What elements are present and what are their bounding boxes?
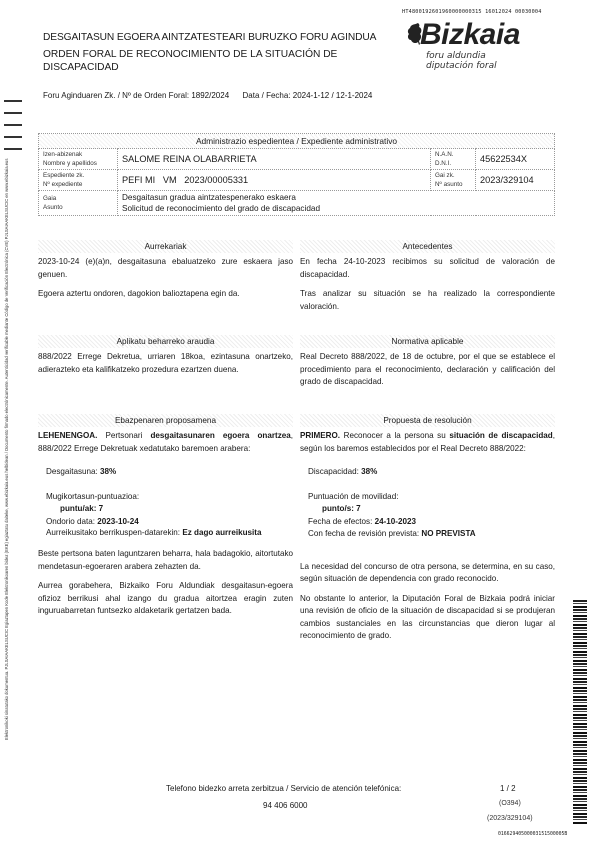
review-date-eu: Aurreikusitako berrikuspen-datarekin: Ez… [38,528,293,538]
barcode [573,600,587,825]
section-heading: Aplikatu beharreko araudia [38,335,293,348]
title-spanish: ORDEN FORAL DE RECONOCIMIENTO DE LA SITU… [43,48,383,74]
asunto-reference: (2023/329104) [487,815,533,822]
effect-date-eu: Ondorio data: 2023-10-24 [38,516,293,529]
antecedentes-es: Antecedentes En fecha 24-10-2023 recibim… [300,240,555,320]
review-date-es: Con fecha de revisión prevista: NO PREVI… [300,528,555,541]
bizkaia-logo: Bizkaia foru aldundia diputación foral [406,18,526,78]
section-heading: Aurrekariak [38,240,293,253]
name-label: Izen-abizenakNombre y apellidos [39,149,118,170]
order-number-label: Foru Aginduaren Zk. / Nº de Orden Foral: [43,91,191,100]
disability-percent-eu: Desgaitasuna: 38% [38,466,293,479]
date-label: Data / Fecha: [243,91,293,100]
form-code: (O394) [499,800,521,807]
normativa-eu: Aplikatu beharreko araudia 888/2022 Erre… [38,335,293,383]
margin-marks [4,100,22,160]
section-heading: Antecedentes [300,240,555,253]
logo-wordmark: Bizkaia [420,18,520,52]
logo-subtitle-eu: foru aldundia [426,51,497,61]
table-row: GaiaAsunto Desgaitasun gradua aintzatesp… [39,191,555,216]
logo-subtitle-es: diputación foral [426,61,497,71]
order-number-value: 1892/2024 [191,91,229,100]
document-tracking-code: HT4800192601960000000315 16012024 000300… [402,9,542,15]
expediente-title: Administrazio espedientea / Expediente a… [39,134,555,149]
dni-value: 45622534X [476,149,555,170]
dni-label: N.A.N.D.N.I. [431,149,476,170]
asunto-value: Desgaitasun gradua aintzatespenerako esk… [118,191,555,216]
section-heading: Propuesta de resolución [300,414,555,427]
logo-subtitle: foru aldundia diputación foral [426,51,497,71]
section-heading: Ebazpenaren proposamena [38,414,293,427]
antecedentes-eu: Aurrekariak 2023-10-24 (e)(a)n, desgaita… [38,240,293,308]
table-row: Espediente zk.Nº expediente PEFI MI VM 2… [39,170,555,191]
order-number-line: Foru Aginduaren Zk. / Nº de Orden Foral:… [43,91,372,100]
normativa-es: Normativa aplicable Real Decreto 888/202… [300,335,555,396]
bottom-tracking-code: 01662940500003151500005B [498,832,567,837]
date-value: 2024-1-12 / 12-1-2024 [293,91,373,100]
section-heading: Normativa aplicable [300,335,555,348]
expediente-label: Espediente zk.Nº expediente [39,170,118,191]
mobility-points-es: punto/s: 7 [300,503,555,516]
expediente-table: Administrazio espedientea / Expediente a… [38,133,555,216]
asunto-label: GaiaAsunto [39,191,118,216]
mobility-points-eu: puntu/ak: 7 [38,503,293,516]
effect-date-es: Fecha de efectos: 24-10-2023 [300,516,555,529]
asunto-number-value: 2023/329104 [476,170,555,191]
table-row: Izen-abizenakNombre y apellidos SALOME R… [39,149,555,170]
electronic-signature-note: Elektronikoki sinatutako dokumentua. PJL… [4,520,14,740]
name-value: SALOME REINA OLABARRIETA [118,149,431,170]
phone-number: 94 406 6000 [263,801,308,810]
propuesta-eu: Ebazpenaren proposamena LEHENENGOA. Pert… [38,414,293,625]
title-basque: DESGAITASUN EGOERA AINTZATESTEARI BURUZK… [43,32,376,43]
phone-service-label: Telefono bidezko arreta zerbitzua / Serv… [166,784,401,793]
disability-percent-es: Discapacidad: 38% [300,466,555,479]
propuesta-es: Propuesta de resolución PRIMERO. Reconoc… [300,414,555,650]
expediente-value: PEFI MI VM 2023/00005331 [118,170,431,191]
page-number: 1 / 2 [500,784,516,793]
asunto-number-label: Gai zk.Nº asunto [431,170,476,191]
